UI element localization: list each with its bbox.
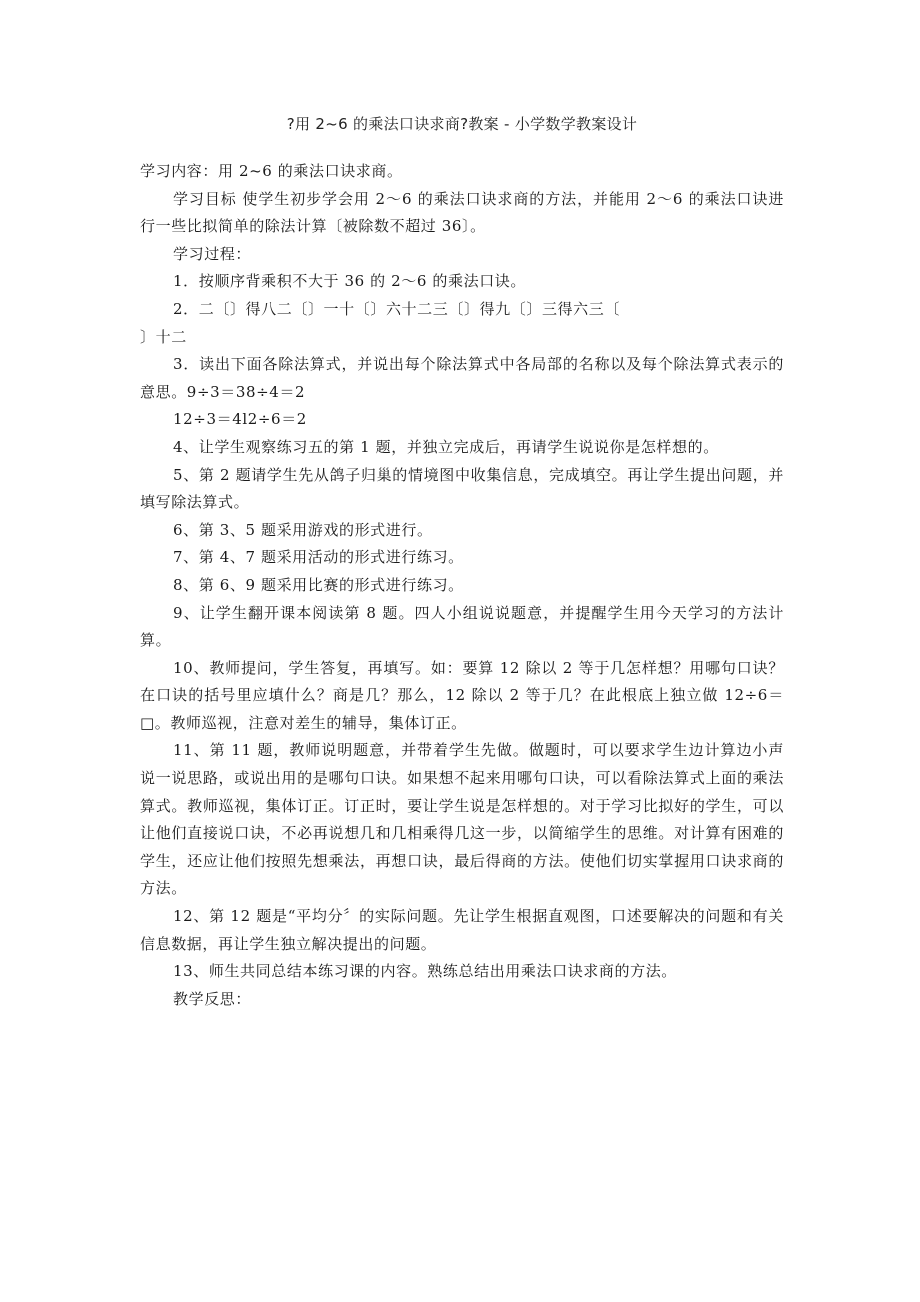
paragraph-step-2: 2．二〔〕得八二〔〕一十〔〕六十二三〔〕得九〔〕三得六三〔: [140, 296, 784, 324]
paragraph-step-8: 8、第 6、9 题采用比赛的形式进行练习。: [140, 572, 784, 600]
document-title: ?用 2~6 的乘法口诀求商?教案 - 小学数学教案设计: [140, 112, 784, 136]
paragraph-step-1: 1．按顺序背乘积不大于 36 的 2～6 的乘法口诀。: [140, 268, 784, 296]
paragraph-step-6: 6、第 3、5 题采用游戏的形式进行。: [140, 517, 784, 545]
paragraph-teaching-reflection: 教学反思：: [140, 986, 784, 1014]
paragraph-step-2-continued: 〕十二: [140, 324, 784, 352]
paragraph-step-4: 4、让学生观察练习五的第 1 题，并独立完成后，再请学生说说你是怎样想的。: [140, 434, 784, 462]
paragraph-step-12: 12、第 12 题是“平均分〞的实际问题。先让学生根据直观图，口述要解决的问题和…: [140, 903, 784, 958]
paragraph-learning-content: 学习内容：用 2~6 的乘法口诀求商。: [140, 158, 784, 186]
paragraph-step-13: 13、师生共同总结本练习课的内容。熟练总结出用乘法口诀求商的方法。: [140, 958, 784, 986]
document-page: ?用 2~6 的乘法口诀求商?教案 - 小学数学教案设计 学习内容：用 2~6 …: [140, 112, 784, 1013]
paragraph-step-7: 7、第 4、7 题采用活动的形式进行练习。: [140, 544, 784, 572]
paragraph-learning-goal: 学习目标 使学生初步学会用 2～6 的乘法口诀求商的方法，并能用 2～6 的乘法…: [140, 186, 784, 241]
paragraph-step-11: 11、第 11 题，教师说明题意，并带着学生先做。做题时，可以要求学生边计算边小…: [140, 737, 784, 903]
paragraph-step-3-equations: 12÷3＝4l2÷6＝2: [140, 406, 784, 434]
paragraph-step-10: 10、教师提问，学生答复，再填写。如：要算 12 除以 2 等于几怎样想？用哪句…: [140, 655, 784, 738]
paragraph-step-9: 9、让学生翻开课本阅读第 8 题。四人小组说说题意，并提醒学生用今天学习的方法计…: [140, 600, 784, 655]
paragraph-process-heading: 学习过程：: [140, 241, 784, 269]
paragraph-step-5: 5、第 2 题请学生先从鸽子归巢的情境图中收集信息，完成填空。再让学生提出问题，…: [140, 462, 784, 517]
paragraph-step-3: 3．读出下面各除法算式，并说出每个除法算式中各局部的名称以及每个除法算式表示的意…: [140, 351, 784, 406]
